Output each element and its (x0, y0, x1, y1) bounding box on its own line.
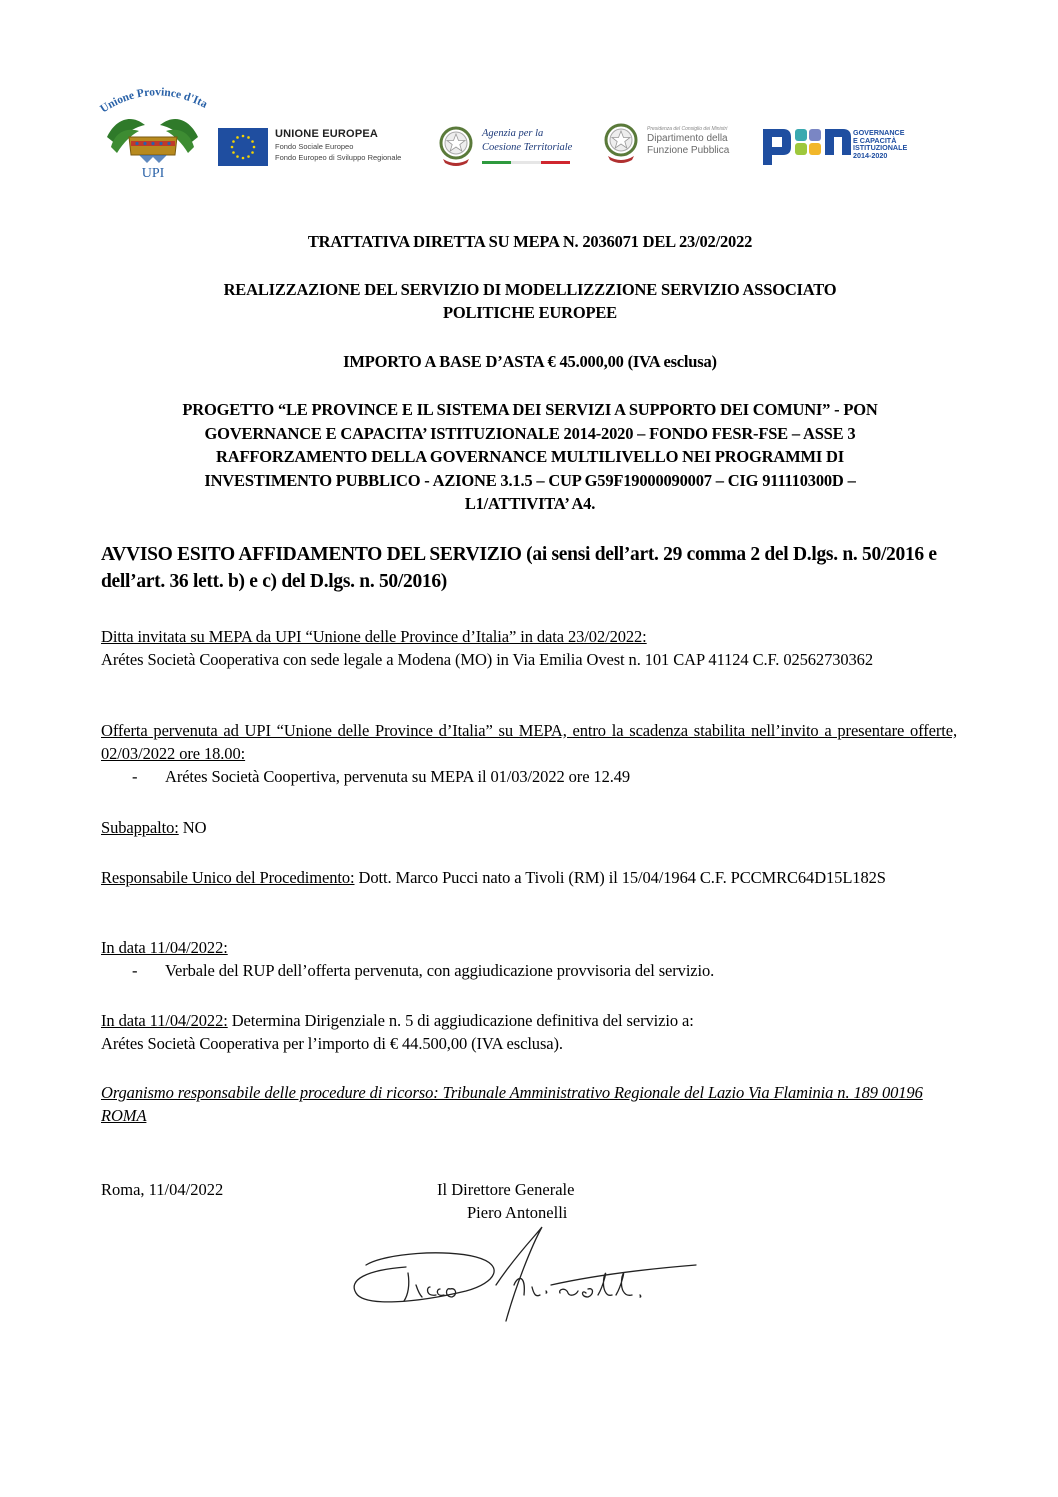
rup-section: Responsabile Unico del Procedimento: Dot… (101, 866, 957, 889)
eu-flag-icon (218, 128, 268, 166)
italian-republic-emblem-icon (437, 123, 475, 169)
invited-company-section: Ditta invitata su MEPA da UPI “Unione de… (101, 625, 957, 671)
eu-fund-fesr: Fondo Europeo di Sviluppo Regionale (275, 152, 401, 163)
subcontract-section: Subappalto: NO (101, 816, 957, 839)
award-notice-heading: AVVISO ESITO AFFIDAMENTO DEL SERVIZIO (a… (101, 541, 961, 595)
pon-wordmark-icon (763, 125, 851, 169)
definitive-award-section: In data 11/04/2022: Determina Dirigenzia… (101, 1009, 957, 1055)
dfp-line1: Dipartimento della (647, 133, 729, 145)
service-title: REALIZZAZIONE DEL SERVIZIO DI MODELLIZZZ… (100, 278, 960, 324)
place-date: Roma, 11/04/2022 (101, 1178, 223, 1201)
handwritten-signature-icon (346, 1225, 706, 1325)
dfp-logo: Presidenza del Consiglio dei Ministri Di… (602, 120, 762, 168)
italian-flag-line (482, 161, 570, 164)
invited-label: Ditta invitata su MEPA da UPI “Unione de… (101, 625, 957, 648)
provisional-award-section: In data 11/04/2022: -Verbale del RUP del… (101, 936, 957, 982)
act-logo: Agenzia per la Coesione Territoriale (437, 123, 577, 171)
logo-strip: Unione Province d'Italia UPI (95, 85, 945, 185)
upi-logo: Unione Province d'Italia UPI (95, 85, 210, 180)
project-description: PROGETTO “LE PROVINCE E IL SISTEMA DEI S… (100, 398, 960, 516)
invited-company: Arétes Società Cooperativa con sede lega… (101, 648, 957, 671)
dfp-line2: Funzione Pubblica (647, 145, 729, 157)
signer-role: Il Direttore Generale (437, 1178, 574, 1201)
pon-logo: GOVERNANCE E CAPACITÀ ISTITUZIONALE 2014… (763, 125, 943, 171)
italian-republic-emblem-icon (602, 120, 640, 166)
document-page: Unione Province d'Italia UPI (0, 0, 1058, 1497)
base-amount: IMPORTO A BASE D’ASTA € 45.000,00 (IVA e… (100, 350, 960, 373)
eu-fund-fse: Fondo Sociale Europeo (275, 141, 401, 152)
tender-title: TRATTATIVA DIRETTA SU MEPA N. 2036071 DE… (100, 230, 960, 253)
dfp-presidency: Presidenza del Consiglio dei Ministri (647, 126, 729, 133)
list-item: -Verbale del RUP dell’offerta pervenuta,… (101, 959, 957, 982)
appeal-body: Organismo responsabile delle procedure d… (101, 1081, 957, 1127)
offer-section: Offerta pervenuta ad UPI “Unione delle P… (101, 719, 957, 788)
signer-name: Piero Antonelli (467, 1201, 567, 1224)
upi-crown-laurel-icon: Unione Province d'Italia UPI (95, 85, 210, 180)
list-item: -Arétes Società Coopertiva, pervenuta su… (101, 765, 957, 788)
eu-logo: UNIONE EUROPEA Fondo Sociale Europeo Fon… (218, 128, 403, 168)
pon-line4: 2014-2020 (853, 152, 907, 160)
svg-text:Unione Province d'Italia: Unione Province d'Italia (95, 85, 209, 115)
act-line2: Coesione Territoriale (482, 141, 572, 155)
offer-label: Offerta pervenuta ad UPI “Unione delle P… (101, 719, 957, 765)
svg-text:UPI: UPI (142, 166, 165, 180)
act-line1: Agenzia per la (482, 127, 572, 141)
eu-title: UNIONE EUROPEA (275, 128, 401, 141)
